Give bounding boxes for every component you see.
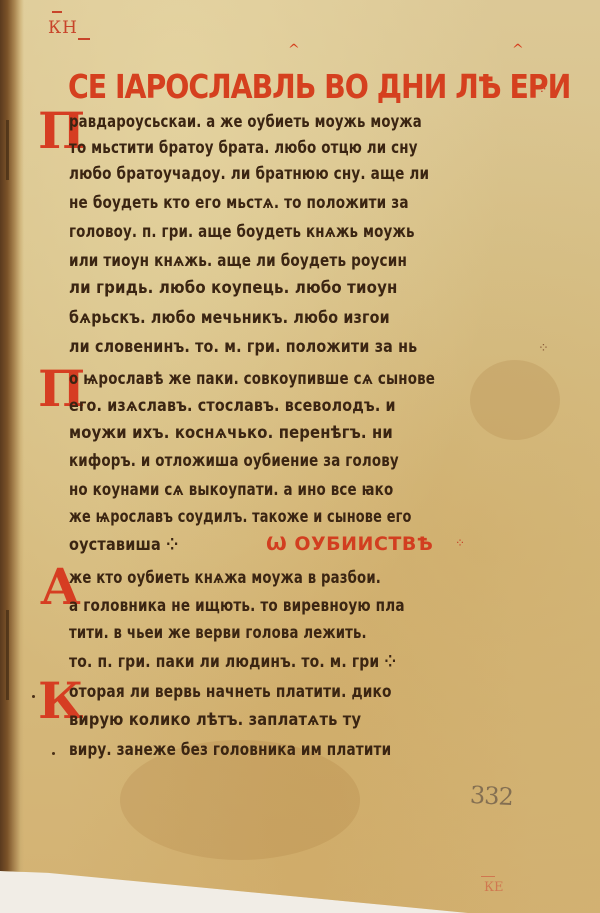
text-line: же ѩрославъ соудилъ. такоже и сынове его [69,505,412,529]
text-line: равдароусьскаи. а же оубиеть моужь моужа [69,110,422,134]
margin-dot [32,695,35,698]
text-line: любо братоучадоу. ли братнюю сну. аще ли [69,162,429,186]
quire-signature: КЕ [484,880,504,895]
binding-damage [6,120,9,180]
text-line: виру. занеже без головника им платити [69,738,391,762]
text-line: моужи ихъ. коснѧчько. перенѣгъ. ни [69,421,393,445]
text-line: его. изѧславъ. стославъ. всеволодъ. и [69,394,396,418]
abbreviation-mark [481,876,495,877]
binding-damage [6,610,9,700]
text-line: же кто оубиеть кнѧжа моужа в разбои. [69,566,381,590]
parchment-stain [470,360,560,440]
text-line: тити. в чьеи же верви голова лежить. [69,621,367,645]
title-accent-mark: ^ [288,42,300,58]
text-line: головоу. п. гри. аще боудеть кнѧжь моужь [69,220,415,244]
text-line: оторая ли вервь начнеть платити. дико [69,680,392,704]
section-rubric: Ѡ ОУБИИСТВѢ [266,532,433,556]
text-line: не боудеть кто его мьстѧ. то положити за [69,191,409,215]
text-line: оуставиша ⁘ [69,533,178,557]
text-line: бѧрьскъ. любо мечьникъ. любо изгои [69,306,390,330]
folio-reference-text: КН [48,18,78,38]
text-line: о ѩрославѣ же паки. совкоупивше сѧ сынов… [69,367,435,391]
text-line: а головника не ищють. то виревноую пла [69,594,405,618]
foliation-number: 332 [469,781,513,811]
text-line: то. п. гри. паки ли людинъ. то. м. гри ⁘ [69,650,396,674]
manuscript-page: КН ^ ^ СЕ ІАРОСЛАВЛЬ ВО ДНИ ЛѢ ЕРИ ⁘ П р… [0,0,600,913]
margin-dot [52,752,55,755]
quire-signature-text: КЕ [484,880,504,895]
rubricated-heading: СЕ ІАРОСЛАВЛЬ ВО ДНИ ЛѢ ЕРИ [68,66,460,108]
title-accent-mark: ^ [512,42,524,58]
text-line: ли словенинъ. то. м. гри. положити за нь [69,335,417,359]
text-line: вирую колико лѣтъ. заплатѧть ту [69,708,361,732]
text-line: то мьстити братоу брата. любо отцю ли сн… [69,136,418,160]
folio-reference: КН [48,18,78,38]
abbreviation-mark [78,38,90,40]
rubric-end-mark: ⁘ [455,536,465,550]
binding-edge [0,0,24,880]
text-line: ли гридь. любо коупець. любо тиоун [69,276,398,300]
heading-end-mark: ⁘ [536,86,548,95]
text-line: но коунами сѧ выкоупати. а ино все ꙗко [69,478,393,502]
text-line: кифоръ. и отложиша оубиение за голову [69,449,399,473]
text-line: или тиоун кнѧжь. аще ли боудеть роусин [69,249,407,273]
line-end-mark: ⁘ [538,337,549,361]
abbreviation-mark [52,11,62,13]
